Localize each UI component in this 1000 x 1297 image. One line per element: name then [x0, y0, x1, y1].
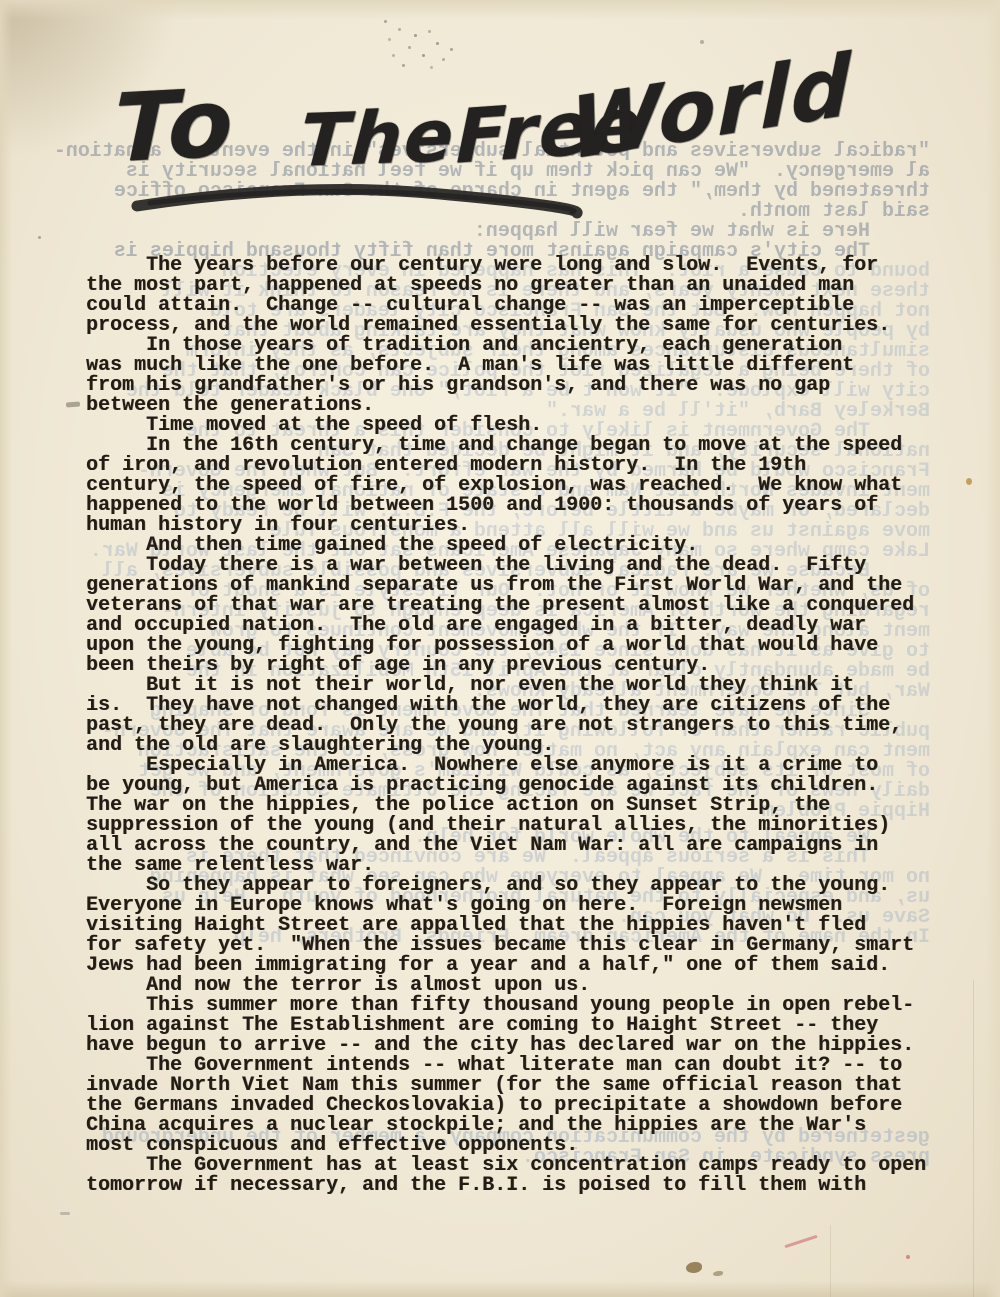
paper-stain	[60, 1212, 70, 1215]
paper-stain	[384, 20, 387, 23]
paper-stain	[906, 1255, 910, 1259]
scanned-page: "radical subversives and potential subve…	[0, 0, 1000, 1297]
paper-stain	[38, 236, 41, 239]
paper-stain	[66, 402, 80, 408]
paper-stain	[966, 478, 972, 485]
body-text: The years before our century were long a…	[86, 256, 966, 1196]
paper-stain	[700, 40, 704, 44]
